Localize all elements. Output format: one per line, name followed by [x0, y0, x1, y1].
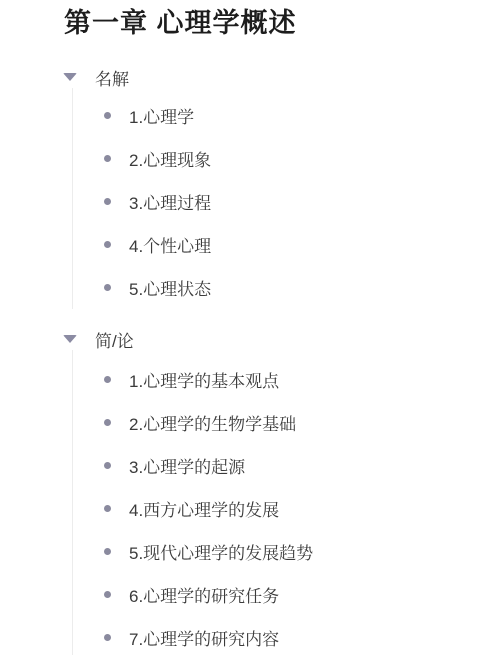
section-header-mingjie[interactable]: 名解 [63, 66, 500, 88]
dot-bullet-icon[interactable] [104, 198, 111, 205]
dot-bullet-icon[interactable] [104, 634, 111, 641]
outline-item[interactable]: 2.心理学的生物学基础 [73, 401, 500, 444]
outline-item[interactable]: 1.心理学 [73, 94, 500, 137]
outline-item-text[interactable]: 2.心理现象 [129, 146, 211, 171]
outline-item-text[interactable]: 4.个性心理 [129, 232, 211, 257]
outline-item-text[interactable]: 4.西方心理学的发展 [129, 496, 279, 521]
outline-item-text[interactable]: 7.心理学的研究内容 [129, 625, 279, 650]
dot-bullet-icon[interactable] [104, 284, 111, 291]
section-label[interactable]: 简/论 [95, 327, 134, 352]
outline-item[interactable]: 7.心理学的研究内容 [73, 616, 500, 655]
outline-item[interactable]: 3.心理过程 [73, 180, 500, 223]
outline-item[interactable]: 2.心理现象 [73, 137, 500, 180]
section-item-list: 1.心理学 2.心理现象 3.心理过程 4.个性心理 5.心理状态 [72, 88, 500, 309]
dot-bullet-icon[interactable] [104, 376, 111, 383]
triangle-down-icon[interactable] [63, 335, 77, 343]
section-item-list: 1.心理学的基本观点 2.心理学的生物学基础 3.心理学的起源 4.西方心理学的… [72, 350, 500, 655]
dot-bullet-icon[interactable] [104, 505, 111, 512]
outline-item[interactable]: 5.心理状态 [73, 266, 500, 309]
outline-item[interactable]: 3.心理学的起源 [73, 444, 500, 487]
outline-item-text[interactable]: 5.心理状态 [129, 275, 211, 300]
dot-bullet-icon[interactable] [104, 591, 111, 598]
section-label[interactable]: 名解 [95, 65, 129, 90]
page-title: 第一章 心理学概述 [64, 4, 500, 42]
outline-item[interactable]: 4.个性心理 [73, 223, 500, 266]
dot-bullet-icon[interactable] [104, 155, 111, 162]
dot-bullet-icon[interactable] [104, 462, 111, 469]
outline-item-text[interactable]: 5.现代心理学的发展趋势 [129, 539, 313, 564]
outline-item-text[interactable]: 3.心理学的起源 [129, 453, 245, 478]
outline-item-text[interactable]: 1.心理学的基本观点 [129, 367, 279, 392]
dot-bullet-icon[interactable] [104, 548, 111, 555]
outline-item[interactable]: 6.心理学的研究任务 [73, 573, 500, 616]
outline-item-text[interactable]: 1.心理学 [129, 103, 194, 128]
outline-item[interactable]: 1.心理学的基本观点 [73, 358, 500, 401]
dot-bullet-icon[interactable] [104, 419, 111, 426]
triangle-down-icon[interactable] [63, 73, 77, 81]
outline-item-text[interactable]: 2.心理学的生物学基础 [129, 410, 296, 435]
section-header-jianlun[interactable]: 简/论 [63, 328, 500, 350]
outline-item-text[interactable]: 3.心理过程 [129, 189, 211, 214]
outline-page: 第一章 心理学概述 名解 1.心理学 2.心理现象 3.心理过程 4.个性心理 … [0, 0, 500, 655]
outline-item[interactable]: 4.西方心理学的发展 [73, 487, 500, 530]
outline-item-text[interactable]: 6.心理学的研究任务 [129, 582, 279, 607]
outline-item[interactable]: 5.现代心理学的发展趋势 [73, 530, 500, 573]
dot-bullet-icon[interactable] [104, 241, 111, 248]
dot-bullet-icon[interactable] [104, 112, 111, 119]
